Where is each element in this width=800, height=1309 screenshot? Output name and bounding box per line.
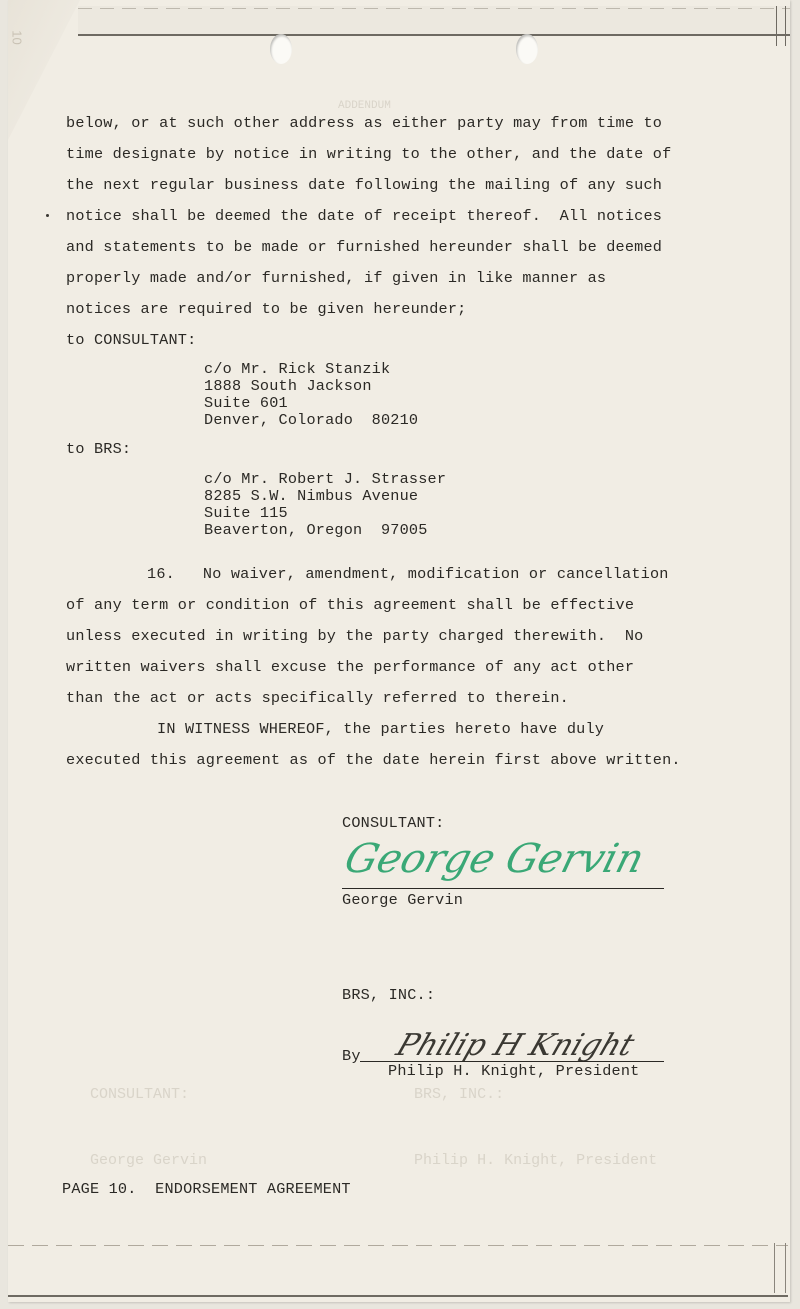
consultant-address-label: to CONSULTANT:	[66, 331, 196, 349]
consultant-printed-name: George Gervin	[342, 891, 463, 909]
document-page: 10	[8, 0, 790, 1302]
by-label: By	[342, 1047, 361, 1065]
body-line: the next regular business date following…	[66, 176, 662, 194]
body-line: notice shall be deemed the date of recei…	[66, 207, 662, 225]
section-16-line: unless executed in writing by the party …	[66, 627, 643, 645]
consultant-handwritten-signature: George Gervin	[340, 836, 649, 882]
corner-page-number: 10	[10, 30, 25, 44]
bottom-binding-strip	[8, 1243, 788, 1297]
page-footer: PAGE 10. ENDORSEMENT AGREEMENT	[62, 1180, 351, 1198]
consultant-signature-heading: CONSULTANT:	[342, 814, 444, 832]
right-edge-mark	[776, 6, 786, 46]
section-16-line: of any term or condition of this agreeme…	[66, 596, 634, 614]
brs-signature-heading: BRS, INC.:	[342, 986, 435, 1004]
witness-line: executed this agreement as of the date h…	[66, 751, 681, 769]
brs-handwritten-signature: Philip H Knight	[392, 1028, 639, 1063]
body-line: notices are required to be given hereund…	[66, 300, 467, 318]
brs-address-label: to BRS:	[66, 440, 131, 458]
section-16-line: 16. No waiver, amendment, modification o…	[147, 565, 669, 583]
body-line: time designate by notice in writing to t…	[66, 145, 671, 163]
margin-mark	[46, 214, 49, 217]
punch-hole-left	[270, 34, 292, 64]
body-line: and statements to be made or furnished h…	[66, 238, 662, 256]
section-16-line: written waivers shall excuse the perform…	[66, 658, 634, 676]
witness-line: IN WITNESS WHEREOF, the parties hereto h…	[157, 720, 604, 738]
body-line: properly made and/or furnished, if given…	[66, 269, 606, 287]
brs-printed-name: Philip H. Knight, President	[388, 1062, 639, 1080]
top-binding-strip	[78, 6, 790, 36]
body-line: below, or at such other address as eithe…	[66, 114, 662, 132]
consultant-signature-line	[342, 888, 664, 889]
address-line: Beaverton, Oregon 97005	[204, 521, 428, 540]
address-line: Denver, Colorado 80210	[204, 411, 418, 430]
punch-hole-right	[516, 34, 538, 64]
section-16-line: than the act or acts specifically referr…	[66, 689, 569, 707]
